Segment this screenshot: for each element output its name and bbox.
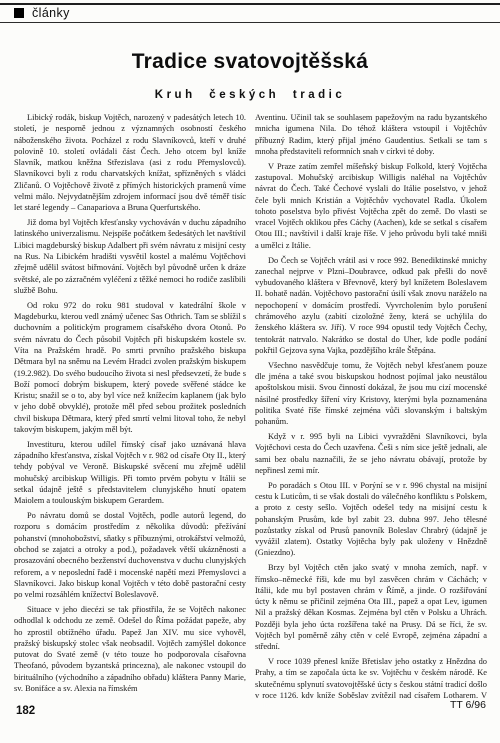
paragraph: V roce 1039 přenesl kníže Břetislav jeho… xyxy=(255,656,487,698)
paragraph: Libický rodák, biskup Vojtěch, narozený … xyxy=(14,112,246,214)
article-title: Tradice svatovojtěšská xyxy=(0,50,500,74)
paragraph: Brzy byl Vojtěch ctěn jako svatý v mnoha… xyxy=(255,562,487,652)
section-label: články xyxy=(32,6,70,20)
paragraph: Aventinu. Učinil tak se souhlasem papežo… xyxy=(255,112,487,157)
section-marker-icon xyxy=(14,8,24,18)
journal-page: články Tradice svatovojtěšská Kruh český… xyxy=(0,0,500,743)
article-body: Libický rodák, biskup Vojtěch, narozený … xyxy=(14,112,487,698)
paragraph: Investituru, kterou udílel římský císař … xyxy=(14,439,246,507)
right-column: Aventinu. Učinil tak se souhlasem papežo… xyxy=(255,112,487,698)
paragraph: Po návratu domů se dostal Vojtěch, podle… xyxy=(14,510,246,600)
top-rule xyxy=(0,3,500,5)
paragraph: V Praze zatím zemřel míšeňský biskup Fol… xyxy=(255,161,487,251)
paragraph: Již doma byl Vojtěch křesťansky vychováv… xyxy=(14,217,246,296)
paragraph: Do Čech se Vojtěch vrátil asi v roce 992… xyxy=(255,255,487,357)
paragraph: Od roku 972 do roku 981 studoval v kated… xyxy=(14,300,246,436)
paragraph: Když v r. 995 byli na Libici vyvražděni … xyxy=(255,431,487,476)
issue-label: TT 6/96 xyxy=(450,699,486,711)
paragraph: Situace v jeho diecézi se tak přiostřila… xyxy=(14,604,246,694)
paragraph: Všechno nasvědčuje tomu, že Vojtěch neby… xyxy=(255,360,487,428)
section-kicker: články xyxy=(14,6,70,20)
left-column: Libický rodák, biskup Vojtěch, narozený … xyxy=(14,112,246,698)
page-number: 182 xyxy=(16,705,35,717)
paragraph: Po poradách s Otou III. v Porýní se v r.… xyxy=(255,480,487,559)
header-rule xyxy=(0,22,500,23)
article-subtitle: Kruh českých tradic xyxy=(0,89,500,101)
